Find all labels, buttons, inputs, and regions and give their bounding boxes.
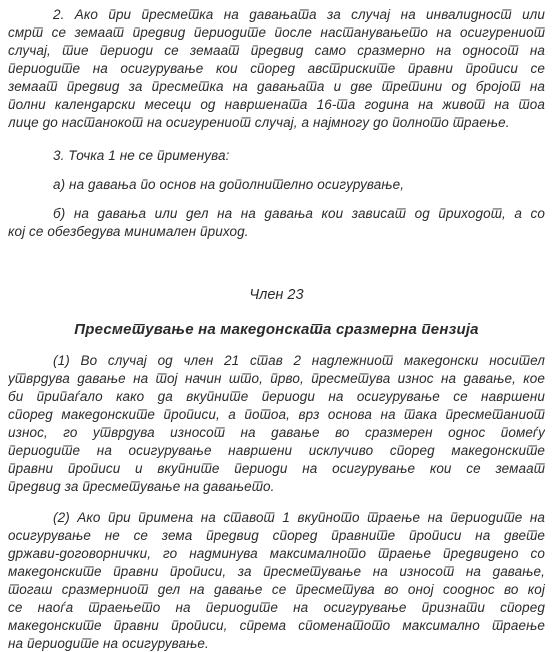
paragraph-item-2: 2. Ако при пресметка на давањата за случ… (8, 6, 545, 132)
document-page: 2. Ако при пресметка на давањата за случ… (0, 0, 558, 652)
text-line: полни календарски месеци од навршената 1… (8, 96, 545, 114)
text-line: периодите на осигурување кои според авст… (8, 60, 545, 78)
paragraph-item-p2: (2) Ако при примена на ставот 1 вкупното… (8, 509, 545, 652)
text-line: 2. Ако при пресметка на давањата за случ… (8, 6, 545, 24)
article-title: Пресметување на македонската сразмерна п… (8, 321, 545, 339)
text-line: земаат предвид за пресметка на давањата … (8, 78, 545, 96)
text-line: смрт се земаат предвид периодите после н… (8, 24, 545, 42)
text-line: б) на давања или дел на на давања кои за… (8, 205, 545, 223)
paragraph-item-b: б) на давања или дел на на давања кои за… (8, 205, 545, 241)
text-line: а) на давања по основ на дополнително ос… (8, 176, 545, 194)
text-line: македонските правни прописи, спрема спом… (8, 617, 545, 635)
article-heading: Член 23 (8, 286, 545, 304)
text-line: (1) Во случај од член 21 став 2 надлежни… (8, 352, 545, 370)
text-line: тогаш сразмерниот дел на давање се пресм… (8, 581, 545, 599)
text-line: на периодите на осигурување. (8, 635, 545, 652)
text-line: периодите на осигурување навршени исклуч… (8, 442, 545, 460)
text-line: осигурување не се зема предвид според пр… (8, 527, 545, 545)
text-line: кој се обезбедува минимален приход. (8, 223, 545, 241)
paragraph-item-3: 3. Точка 1 не се применува: (8, 147, 545, 165)
paragraph-item-a: а) на давања по основ на дополнително ос… (8, 176, 545, 194)
text-line: македонските правни прописи, за пресмету… (8, 563, 545, 581)
text-line: (2) Ако при примена на ставот 1 вкупното… (8, 509, 545, 527)
text-line: правни прописи и вкупните периоди на оси… (8, 460, 545, 478)
text-line: би припаѓало како да вкупните периоди на… (8, 388, 545, 406)
text-line: износ, го утврдува износот на давање во … (8, 424, 545, 442)
text-line: според македонските прописи, а потоа, вр… (8, 406, 545, 424)
text-line: 3. Точка 1 не се применува: (8, 147, 545, 165)
text-line: утврдува давање на тој начин што, прво, … (8, 370, 545, 388)
text-line: предвид за пресметување на давањето. (8, 478, 545, 496)
text-line: се наоѓа траењето на периодите на осигур… (8, 599, 545, 617)
paragraph-item-p1: (1) Во случај од член 21 став 2 надлежни… (8, 352, 545, 496)
text-line: лице до настанокот на осигурениот случај… (8, 114, 545, 132)
text-line: држави-договорнички, го надминува максим… (8, 545, 545, 563)
text-line: случај, тие периоди се земаат предвид са… (8, 42, 545, 60)
